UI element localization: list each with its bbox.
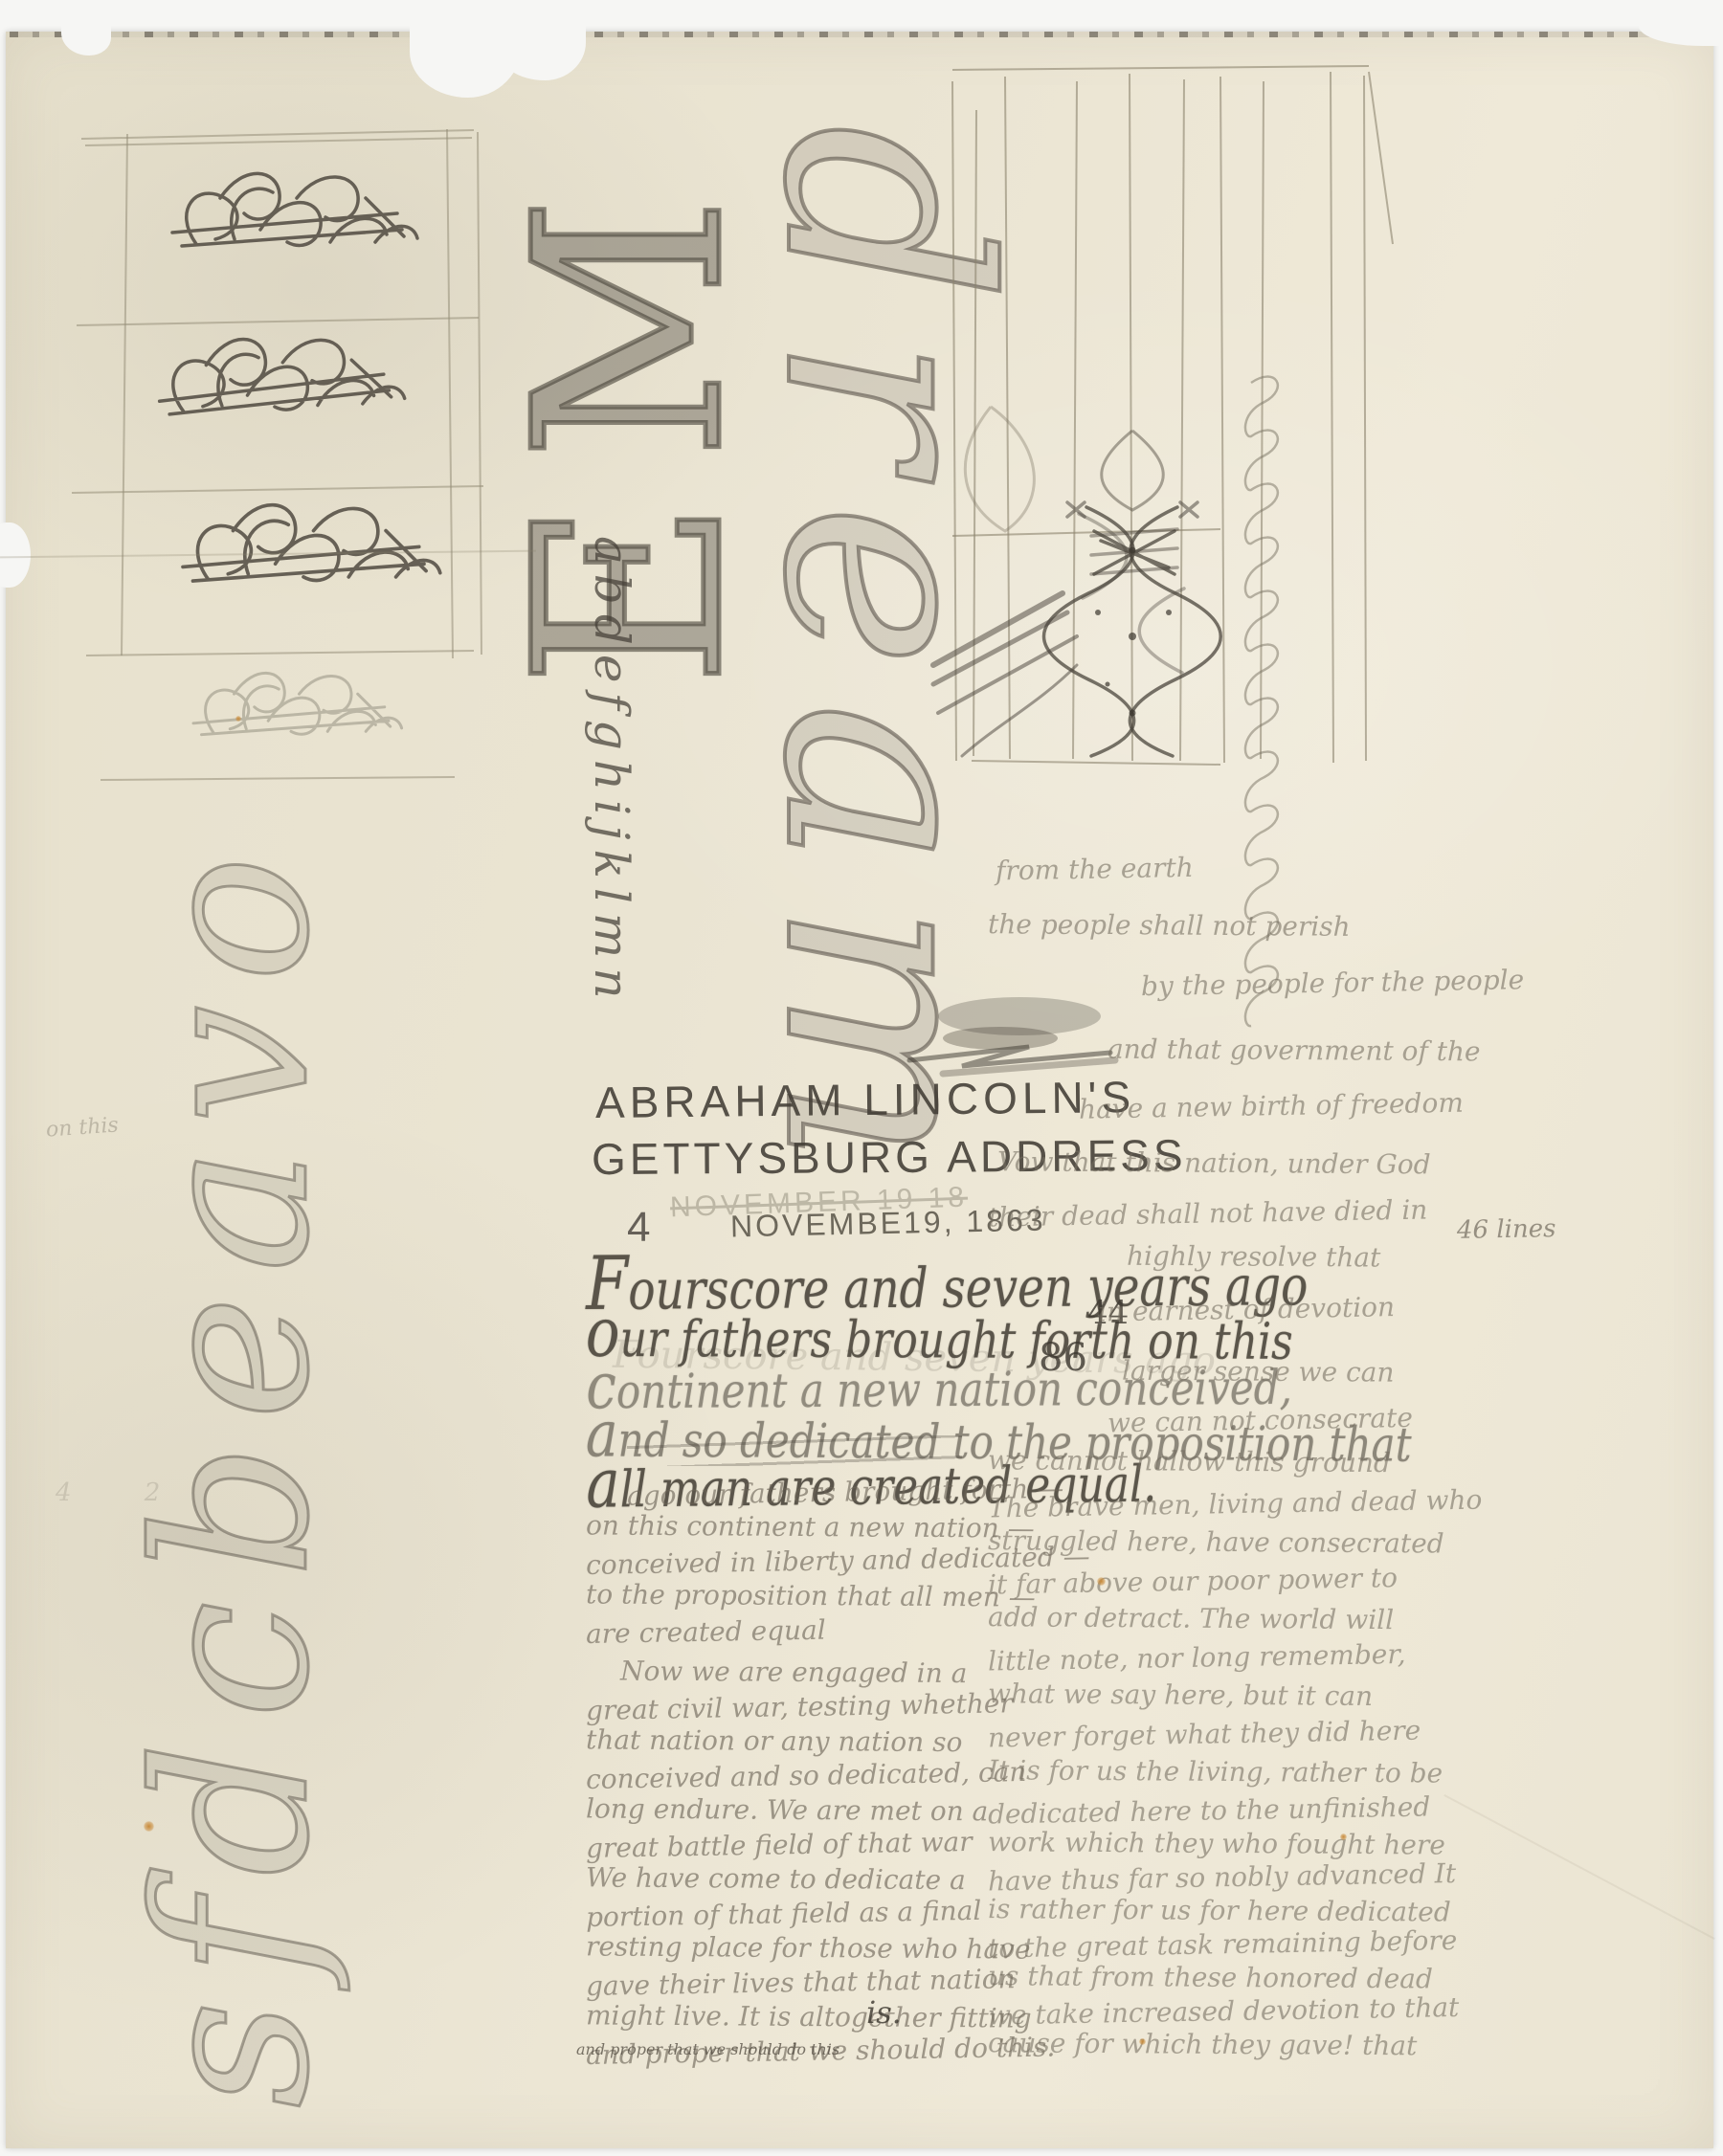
handwriting-line: highly resolve that	[1127, 1237, 1486, 1278]
handwriting-line: conceived and so dedicated, can	[586, 1755, 1025, 1797]
corner-marks: 4 2	[56, 1478, 192, 1507]
handwriting-line: have a new birth of freedom	[1079, 1083, 1487, 1128]
stain-dot	[1340, 1834, 1347, 1840]
handwriting-line: that nation or any nation so	[586, 1723, 1024, 1760]
handwriting-line: on this continent a new nation —	[586, 1508, 1024, 1545]
handwriting-line: conceived in liberty and dedicated —	[586, 1541, 1025, 1583]
stain-dot	[235, 716, 241, 722]
handwriting-line: it far above our poor power to	[988, 1557, 1487, 1604]
stain-dot	[1097, 1577, 1106, 1586]
handwriting-line: the people shall not perish	[988, 905, 1486, 947]
handwriting-line: little note, nor long remember,	[988, 1634, 1487, 1680]
handwriting-line: larger sense we can	[1122, 1352, 1486, 1393]
handwriting-line: we can not consecrate	[1108, 1398, 1487, 1443]
handwriting-line: what we say here, but it can	[988, 1675, 1486, 1717]
handwriting-line: We have come to dedicate a	[586, 1860, 1024, 1898]
handwriting-line: long endure. We are met on a	[586, 1791, 1024, 1829]
handwriting-line: might live. It is altogether fitting	[586, 1998, 1024, 2035]
handwriting-line: are created equal	[586, 1610, 1025, 1652]
scanned-sketch-page: EM abdefghijklmn dream sfdcbeavo	[0, 0, 1723, 2156]
footer-line: and proper that we should do this	[576, 2040, 839, 2058]
line-count-note: 46 lines	[1457, 1214, 1556, 1245]
handwriting-line: we cannot hallow this ground	[988, 1441, 1486, 1483]
strike-marks	[627, 1435, 962, 1466]
handwriting-line: great civil war, testing whether	[586, 1686, 1025, 1728]
handwriting-line: portion of that field as a final	[586, 1893, 1025, 1935]
margin-note-on-this: on this	[45, 1113, 119, 1142]
left-handwriting-column: ago our fathers brought forth —on this c…	[574, 1476, 1024, 2069]
handwriting-line: never forget what they did here	[988, 1710, 1487, 1757]
handwriting-line: add or detract. The world will	[988, 1598, 1486, 1640]
handwriting-line: by the people for the people	[1141, 962, 1487, 1006]
handwriting-line: their dead shall not have died in	[988, 1189, 1487, 1236]
handwriting-line: struggled here, have consecrated	[988, 1522, 1486, 1564]
handwriting-line: and that government of the	[1108, 1031, 1486, 1072]
handwriting-line: Vow that this nation, under God	[997, 1143, 1486, 1185]
word-is-annotation: is.	[866, 1994, 902, 2031]
handwriting-line: from the earth	[996, 844, 1487, 891]
right-handwriting-column: from the earththe people shall not peris…	[988, 848, 1486, 2064]
small-alphabet-study: abdefghijklmn	[584, 536, 639, 1009]
handwriting-line: ago our fathers brought forth —	[627, 1472, 1025, 1513]
handwriting-line: resting place for those who have	[586, 1929, 1024, 1967]
large-alphabet-study: sfdcbeavo	[110, 833, 355, 2108]
handwriting-line: The brave men, living and dead who	[988, 1480, 1487, 1527]
handwriting-line: gave their lives that that nation	[586, 1962, 1025, 2004]
handwriting-line: to the proposition that all men —	[586, 1577, 1024, 1614]
handwriting-line: It is for us the living, rather to be	[988, 1751, 1486, 1793]
handwriting-line: in earnest of devotion	[1098, 1286, 1487, 1331]
letterform-grid-sketch	[72, 96, 493, 804]
stain-dot	[144, 1821, 154, 1832]
paper-top-edge	[10, 32, 1706, 37]
handwriting-line: great battle field of that war	[586, 1824, 1025, 1866]
handwriting-line: cause for which they gave! that	[988, 2024, 1486, 2066]
handwriting-line: Now we are engaged in a	[620, 1655, 1024, 1692]
stain-dot	[1139, 2038, 1146, 2045]
